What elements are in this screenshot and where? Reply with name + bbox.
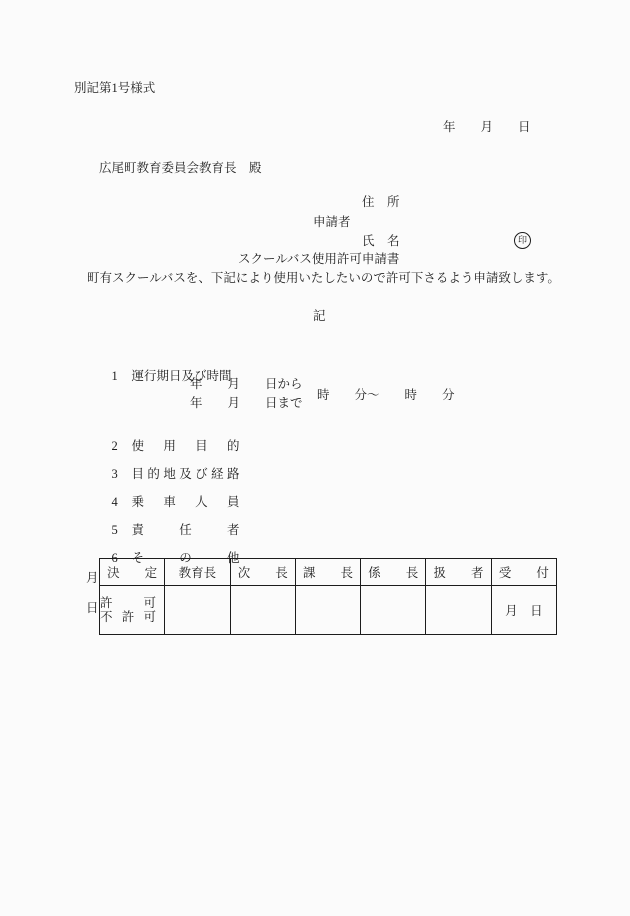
applicant-role-label: 申請者 [313, 214, 351, 230]
table-side-day-label: 日 [86, 600, 99, 616]
decision-permit-label: 許可 [100, 596, 156, 610]
header-deputy-director: 次 長 [230, 559, 295, 586]
schedule-time-range: 時 分～ 時 分 [317, 387, 455, 403]
empty-cell-section-chief [295, 586, 360, 635]
header-decision: 決 定 [100, 559, 165, 586]
date-line: 年 月 日 [443, 119, 531, 135]
list-heading: 記 [313, 308, 326, 324]
table-side-month-label: 月 [86, 570, 99, 586]
empty-cell-handler [426, 586, 491, 635]
item-number: 1 [112, 368, 132, 384]
document-page: 別記第1号様式 年 月 日 広尾町教育委員会教育長 殿 住 所 申請者 氏 名 … [0, 0, 630, 916]
document-title: スクールバス使用許可申請書 [238, 251, 399, 267]
schedule-to-line: 年 月 日まで [190, 395, 303, 411]
decision-cell: 許可 不許可 [100, 586, 165, 635]
decision-deny-label: 不許可 [100, 610, 156, 624]
form-number: 別記第1号様式 [74, 80, 155, 96]
empty-cell-superintendent [165, 586, 230, 635]
empty-cell-subsection-chief [361, 586, 426, 635]
applicant-address-label: 住 所 [362, 194, 400, 210]
header-subsection-chief: 係 長 [361, 559, 426, 586]
seal-char: 印 [518, 236, 527, 245]
receipt-date-cell: 月 日 [491, 586, 556, 635]
schedule-from-line: 年 月 日から [190, 376, 303, 392]
applicant-name-label: 氏 名 [362, 233, 400, 249]
approval-table: 決 定 教育長 次 長 課 長 係 長 扱 者 受 付 許可 不許可 月 日 [99, 558, 557, 635]
seal-icon: 印 [514, 232, 531, 249]
header-reception: 受 付 [491, 559, 556, 586]
header-superintendent: 教育長 [165, 559, 230, 586]
empty-cell-deputy-director [230, 586, 295, 635]
header-handler: 扱 者 [426, 559, 491, 586]
body-text: 町有スクールバスを、下記により使用いたしたいので許可下さるよう申請致します。 [87, 270, 560, 286]
approval-body-row: 許可 不許可 月 日 [100, 586, 557, 635]
addressee: 広尾町教育委員会教育長 殿 [99, 160, 262, 176]
header-section-chief: 課 長 [295, 559, 360, 586]
approval-header-row: 決 定 教育長 次 長 課 長 係 長 扱 者 受 付 [100, 559, 557, 586]
